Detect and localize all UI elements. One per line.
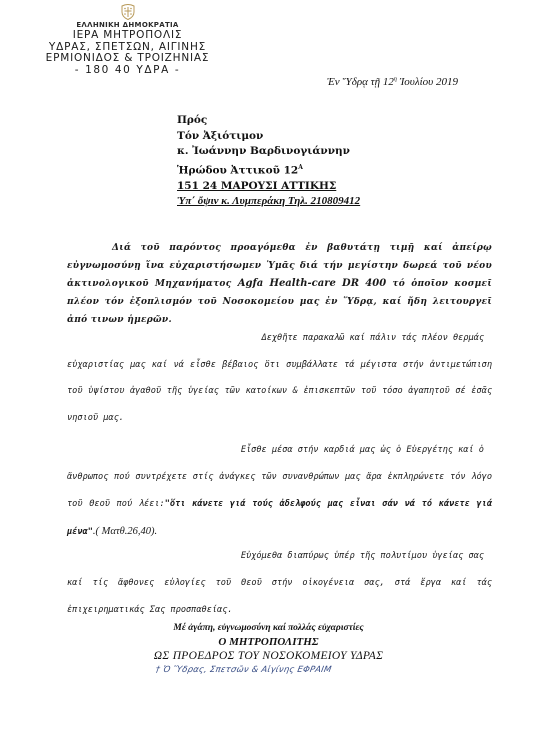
letterhead-line-1: ΙΕΡΑ ΜΗΤΡΟΠΟΛΙΣ bbox=[30, 30, 225, 42]
paragraph-3: Εἶσθε μέσα στήν καρδιά μας ὡς ὁ Εὐεργέτη… bbox=[67, 437, 492, 546]
paragraph-1: Διά τοῦ παρόντος προαγόμεθα ἐν βαθυτάτῃ … bbox=[67, 239, 492, 329]
closing-title: Ο ΜΗΤΡΟΠΟΛΙΤΗΣ bbox=[0, 635, 542, 649]
signature: † Ὁ Ὕδρας, Σπετσῶν & Αἰγίνης ΕΦΡΑΙΜ bbox=[0, 664, 518, 676]
date-suffix: Ἰουλίου 2019 bbox=[397, 76, 458, 88]
recipient-city: 151 24 ΜΑΡΟΥΣΙ ΑΤΤΙΚΗΣ bbox=[177, 179, 360, 195]
recipient-street-sup: Α bbox=[298, 164, 303, 171]
p3-first-line: Εἶσθε μέσα στήν καρδιά μας ὡς ὁ Εὐεργέτη… bbox=[67, 437, 492, 464]
p1-indent bbox=[67, 243, 112, 253]
closing-greeting: Μέ ἀγάπη, εὐγνωμοσύνη καί πολλάς εὐχαρισ… bbox=[0, 622, 542, 635]
p4-first-line: Εὐχόμεθα διαπύρως ὑπέρ τῆς πολυτίμου ὑγε… bbox=[67, 543, 492, 570]
p2-first-line: Δεχθῆτε παρακαλῶ καί πάλιν τάς πλέον θερ… bbox=[67, 325, 492, 352]
recipient-to: Πρός bbox=[177, 113, 360, 129]
closing-role: ΩΣ ΠΡΟΕΔΡΟΣ ΤΟΥ ΝΟΣΟΚΟΜΕΙΟΥ ΥΔΡΑΣ bbox=[0, 649, 542, 664]
letterhead: ΕΛΛΗΝΙΚΗ ΔΗΜΟΚΡΑΤΙΑ ΙΕΡΑ ΜΗΤΡΟΠΟΛΙΣ ΥΔΡΑ… bbox=[30, 4, 225, 76]
recipient-salutation: Τόν Ἀξιότιμον bbox=[177, 129, 360, 145]
p1-product: Agfa Health-care DR 400 bbox=[238, 278, 386, 289]
recipient-block: Πρός Τόν Ἀξιότιμον κ. Ἰωάννην Βαρδινογιά… bbox=[177, 113, 360, 210]
paragraph-4: Εὐχόμεθα διαπύρως ὑπέρ τῆς πολυτίμου ὑγε… bbox=[67, 543, 492, 624]
letter-date: Ἐν Ὕδρᾳ τῇ 12η Ἰουλίου 2019 bbox=[327, 76, 458, 88]
closing-block: Μέ ἀγάπη, εὐγνωμοσύνη καί πολλάς εὐχαρισ… bbox=[0, 622, 547, 676]
p3-reference: .( Ματθ.26,40). bbox=[93, 526, 157, 537]
letterhead-line-4: - 180 40 ΥΔΡΑ - bbox=[30, 65, 225, 77]
letterhead-line-3: ΕΡΜΙΟΝΙΔΟΣ & ΤΡΟΙΖΗΝΙΑΣ bbox=[30, 53, 225, 65]
p2-rest: εὐχαριστίας μας καί νά εἶσθε βέβαιος ὅτι… bbox=[67, 360, 492, 423]
coat-of-arms-icon bbox=[121, 4, 135, 20]
recipient-attention: Ὑπ΄ ὄψιν κ. Λυμπεράκη Τηλ. 210809412 bbox=[177, 194, 360, 210]
recipient-name: κ. Ἰωάννην Βαρδινογιάννην bbox=[177, 144, 360, 160]
date-prefix: Ἐν Ὕδρᾳ τῇ 12 bbox=[327, 76, 394, 88]
recipient-street-text: Ἡρώδου Ἀττικοῦ 12 bbox=[177, 164, 298, 176]
paragraph-2: Δεχθῆτε παρακαλῶ καί πάλιν τάς πλέον θερ… bbox=[67, 325, 492, 431]
p4-rest: καί τίς ἄφθονες εὐλογίες τοῦ Θεοῦ στήν ο… bbox=[67, 578, 492, 615]
recipient-street: Ἡρώδου Ἀττικοῦ 12Α bbox=[177, 160, 360, 179]
